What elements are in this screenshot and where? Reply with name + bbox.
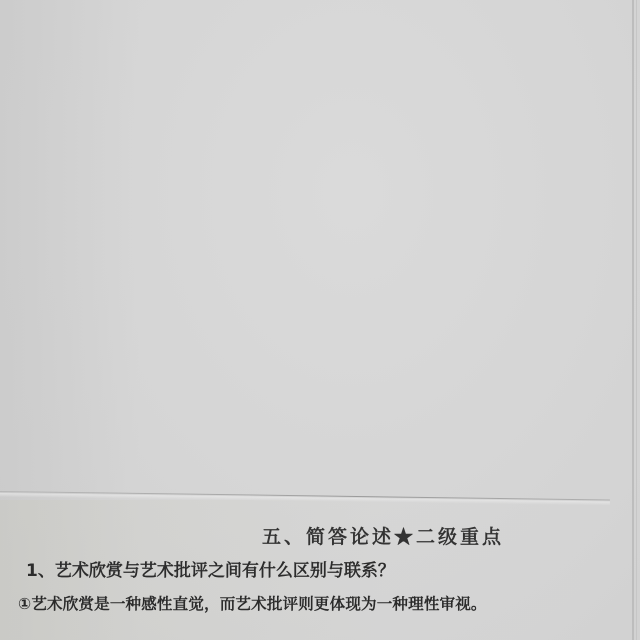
question-item: 1、艺术欣赏与艺术批评之间有什么区别与联系？	[26, 556, 395, 581]
answer-item: ①艺术欣赏是一种感性直觉，而艺术批评则更体现为一种理性审视。	[18, 592, 487, 614]
answer-text: 艺术欣赏是一种感性直觉，而艺术批评则更体现为一种理性审视。	[31, 595, 486, 613]
section-heading: 五、简答论述★二级重点	[262, 522, 504, 549]
question-text: 艺术欣赏与艺术批评之间有什么区别与联系？	[55, 561, 395, 581]
question-number: 1、	[26, 561, 55, 581]
answer-marker: ①	[18, 595, 31, 613]
